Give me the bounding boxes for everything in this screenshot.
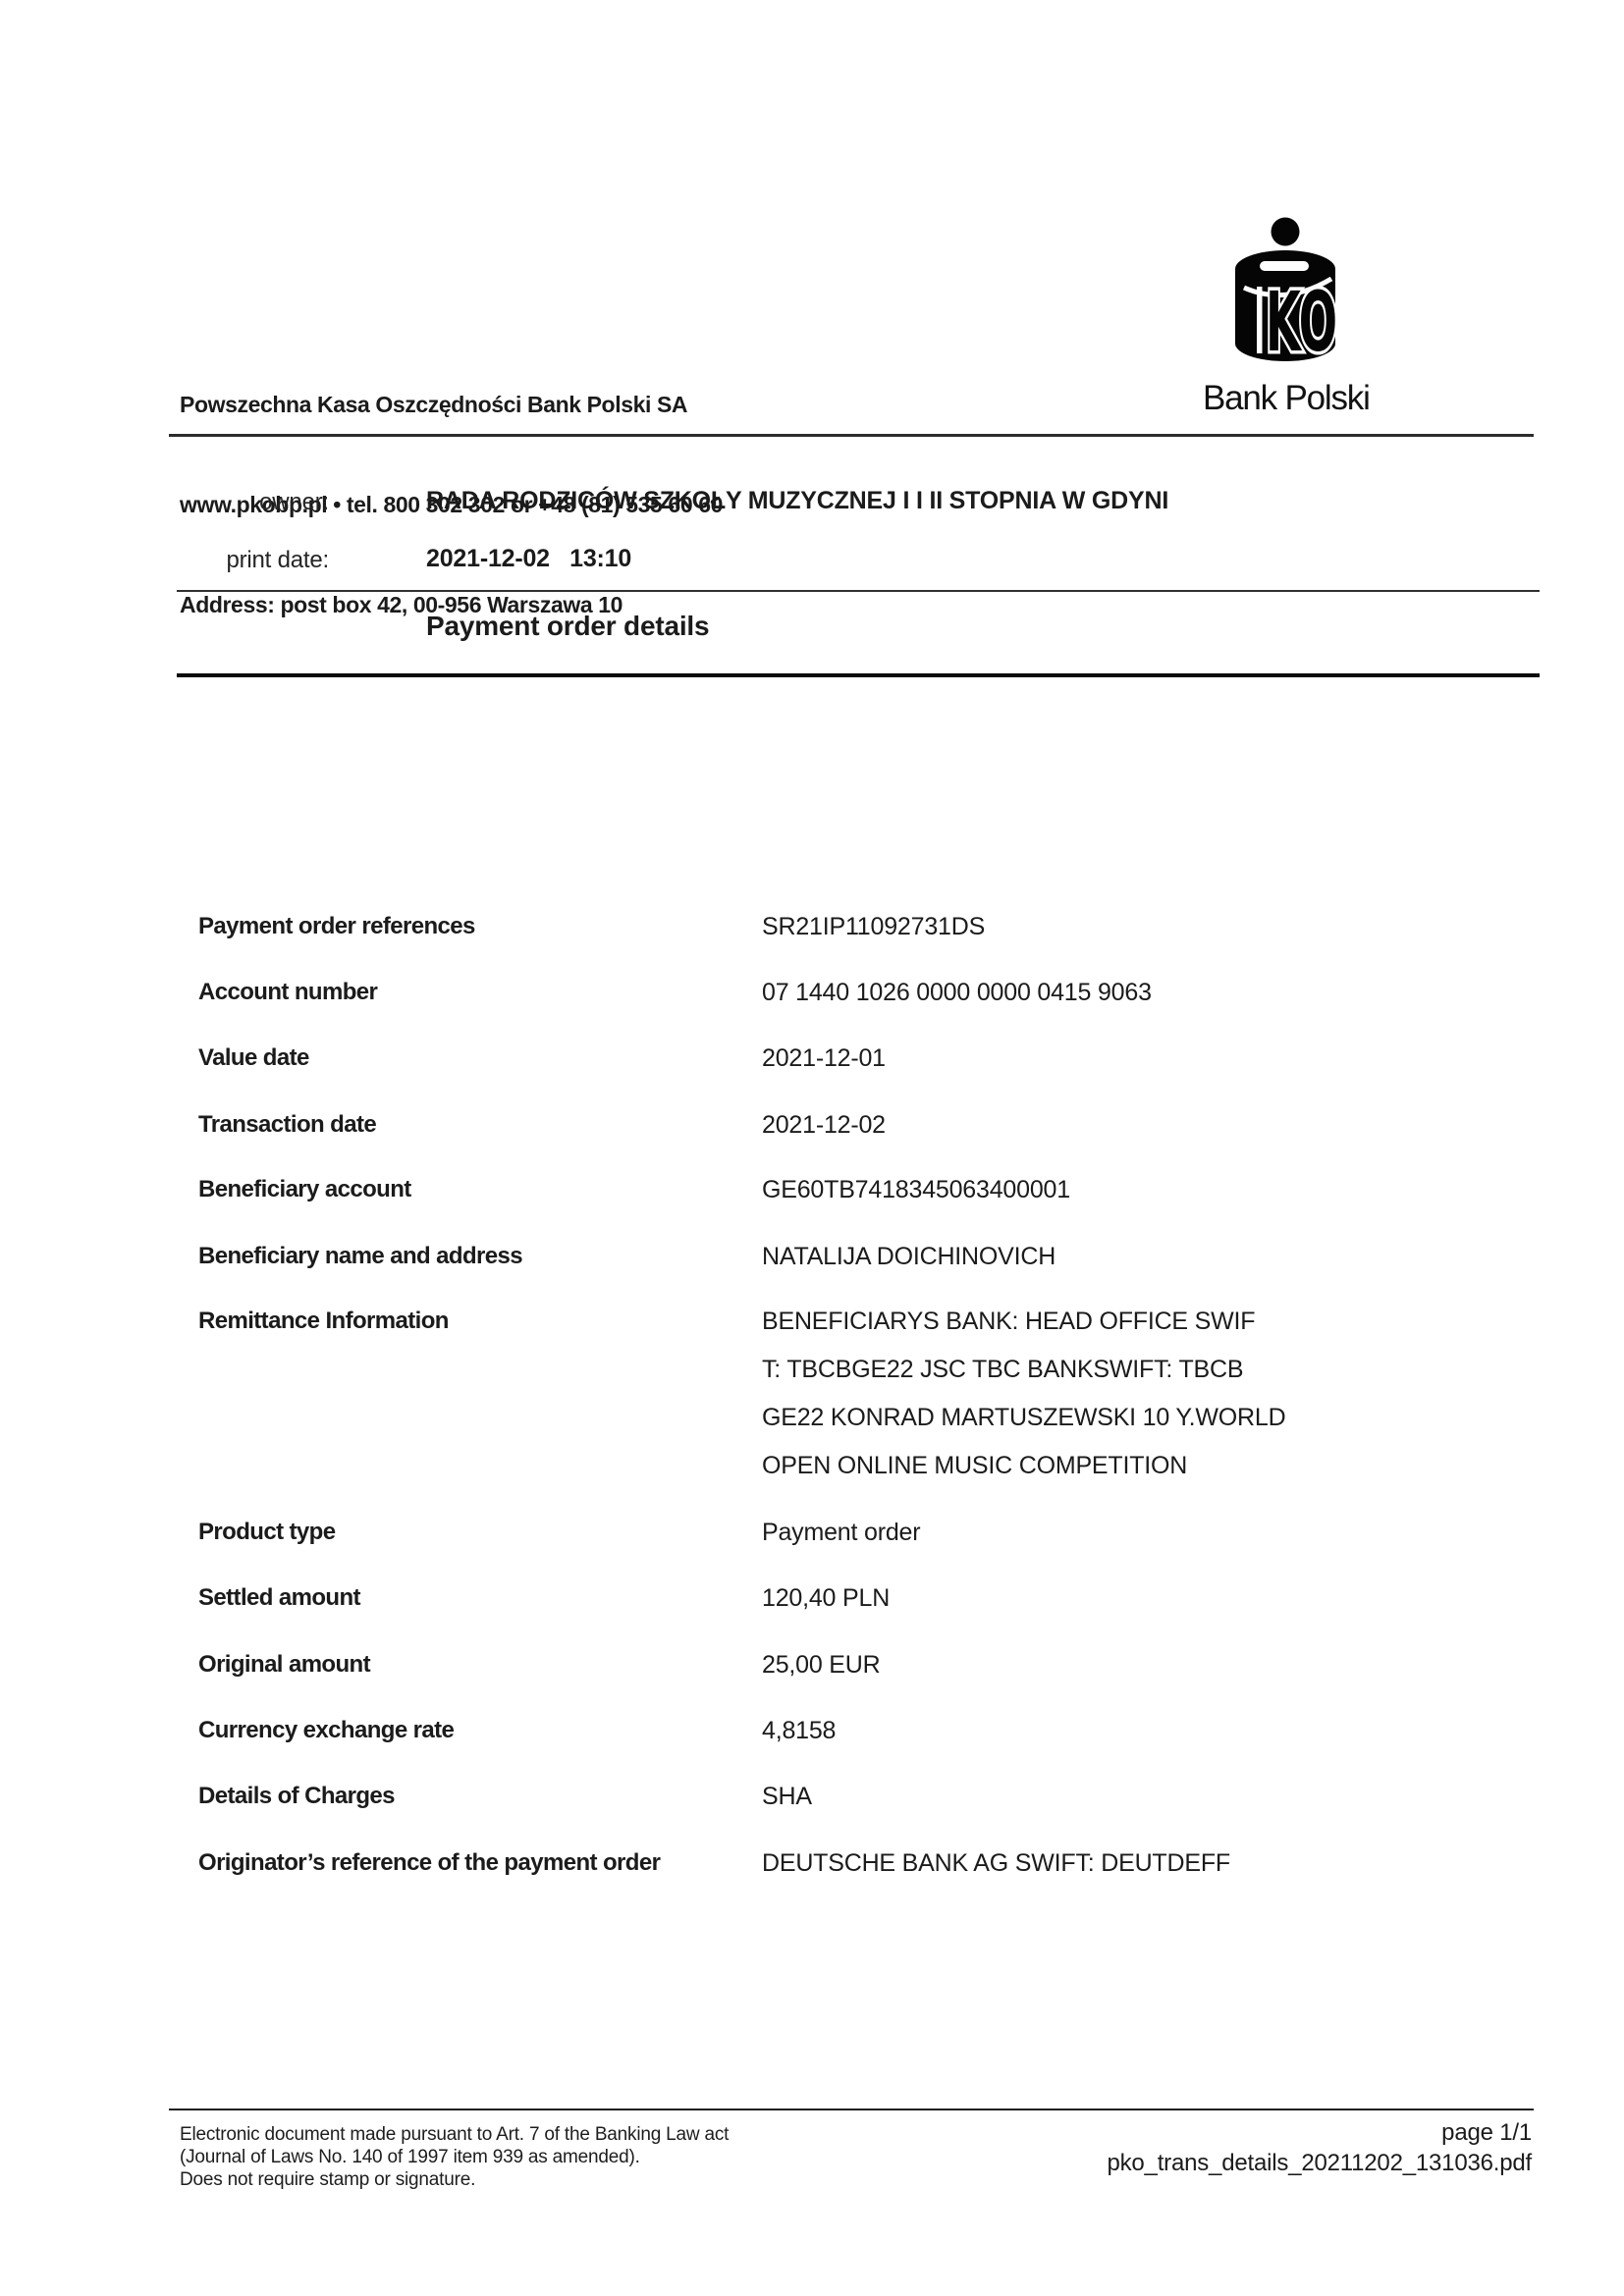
remittance-line: T: TBCBGE22 JSC TBC BANKSWIFT: TBCB [762,1354,1285,1385]
title-divider [177,673,1540,677]
legal-note-line: Electronic document made pursuant to Art… [180,2123,729,2146]
row-value: 2021-12-02 [762,1109,886,1141]
meta-divider [177,590,1540,592]
logo-coin-slot [1260,261,1309,271]
page-title: Payment order details [426,610,709,643]
legal-note-line: Does not require stamp or signature. [180,2168,729,2191]
page-indicator: page 1/1 [1107,2117,1532,2148]
logo-ko-letters: KO [1266,274,1337,370]
print-date-label: print date: [180,545,329,576]
bank-polski-wordmark: Bank Polski [1203,379,1370,418]
header-divider [169,434,1534,437]
row-label: Product type [198,1517,335,1548]
row-value: 25,00 EUR [762,1649,881,1681]
owner-label: owner: [180,487,329,518]
row-label: Currency exchange rate [198,1715,454,1746]
remittance-line: BENEFICIARYS BANK: HEAD OFFICE SWIF [762,1306,1285,1337]
row-value: GE60TB7418345063400001 [762,1174,1070,1205]
row-label: Details of Charges [198,1781,395,1812]
remittance-line: GE22 KONRAD MARTUSZEWSKI 10 Y.WORLD [762,1402,1285,1433]
row-label: Originator’s reference of the payment or… [198,1847,660,1879]
row-value: DEUTSCHE BANK AG SWIFT: DEUTDEFF [762,1847,1230,1879]
legal-note-line: (Journal of Laws No. 140 of 1997 item 93… [180,2146,729,2168]
row-label: Beneficiary account [198,1174,411,1205]
logo-head-circle [1272,218,1300,246]
row-label: Beneficiary name and address [198,1241,522,1272]
pko-bank-logo-icon: KO [1218,196,1375,373]
row-label: Payment order references [198,911,475,942]
print-date-value: 2021-12-02 13:10 [426,543,631,574]
row-value: SHA [762,1781,812,1812]
owner-value: RADA RODZICÓW SZKOŁY MUZYCZNEJ I I II ST… [426,485,1168,516]
footer-divider [169,2109,1534,2110]
row-label: Remittance Information [198,1306,449,1337]
row-label: Transaction date [198,1109,376,1141]
row-value: 120,40 PLN [762,1582,890,1614]
legal-note-block: Electronic document made pursuant to Art… [180,2123,729,2191]
row-value: NATALIJA DOICHINOVICH [762,1241,1056,1272]
row-value: 4,8158 [762,1715,836,1746]
row-label: Account number [198,977,377,1008]
row-value: SR21IP11092731DS [762,911,985,942]
payment-order-document: Powszechna Kasa Oszczędności Bank Polski… [0,0,1624,2296]
row-label: Settled amount [198,1582,360,1614]
logo-p-cut [1257,287,1263,353]
file-name: pko_trans_details_20211202_131036.pdf [1107,2148,1532,2178]
row-label: Value date [198,1042,309,1074]
bank-name: Powszechna Kasa Oszczędności Bank Polski… [180,388,723,421]
row-label: Original amount [198,1649,370,1681]
row-value: 07 1440 1026 0000 0000 0415 9063 [762,977,1152,1008]
remittance-line: OPEN ONLINE MUSIC COMPETITION [762,1450,1285,1481]
row-value: 2021-12-01 [762,1042,886,1074]
footer-right-block: page 1/1 pko_trans_details_20211202_1310… [1107,2117,1532,2178]
row-value-multiline: BENEFICIARYS BANK: HEAD OFFICE SWIF T: T… [762,1306,1285,1498]
row-value: Payment order [762,1517,920,1548]
